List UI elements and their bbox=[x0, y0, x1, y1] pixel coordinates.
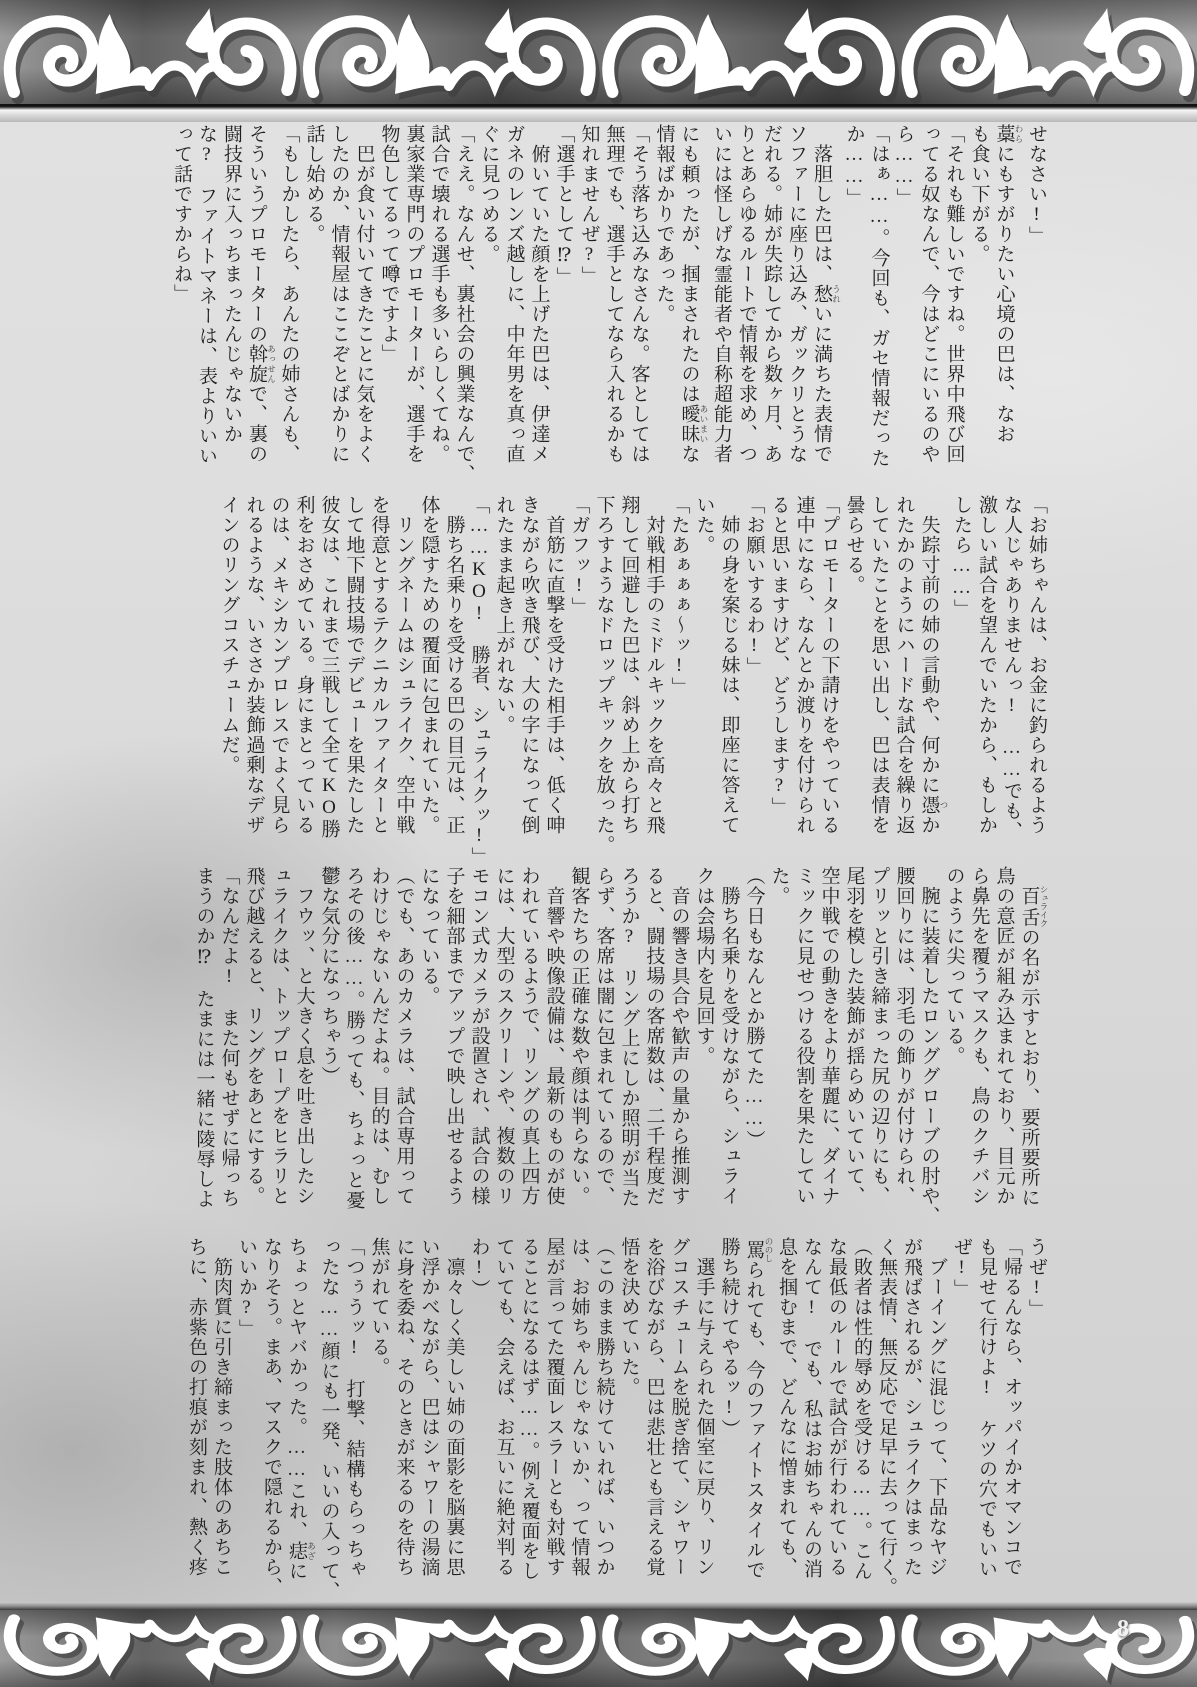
text-column: 激しい試合を望んでいたから、もしか bbox=[974, 495, 999, 857]
text-column: 「なんだよ! また何もせずに帰っち bbox=[217, 866, 242, 1228]
text-column: に身を委ね、そのときが来るのを待ち bbox=[392, 1237, 417, 1599]
text-column: したのか、情報屋はここぞとばかりに bbox=[327, 124, 352, 486]
text-column: 腕に装着したロンググローブの肘や、 bbox=[917, 866, 942, 1228]
text-column: 彼女は、これまで三戦して全てKO勝 bbox=[317, 495, 342, 857]
text-column: な? ファイトマネーは、表よりいい bbox=[194, 124, 219, 486]
text-column: には、大型のスクリーンや、複数のリ bbox=[492, 866, 517, 1228]
text-column: 連中になら、なんとか渡りを付けられ bbox=[792, 495, 817, 857]
text-column: いには怪しげな霊能者や自称超能力者 bbox=[709, 124, 734, 486]
ruby-annotated-text: 藁わら bbox=[994, 124, 1015, 144]
page-edge-gradient-top bbox=[0, 104, 1197, 122]
text-band-4: うぜ!」「帰るんなら、オッパイかオマンコでも見せて行けよ! ケツの穴でもいいぜ!… bbox=[128, 1237, 1049, 1599]
text-column: 子を細部までアップで映し出せるよう bbox=[442, 866, 467, 1228]
text-column: 筋肉質に引き締まった肢体のあちこ bbox=[209, 1237, 234, 1599]
text-band-3: 百舌シュライクの名が示すとおり、要所要所に鳥の意匠が組み込まれており、目元から鼻… bbox=[128, 866, 1049, 1228]
text-column: らず、客席は闇に包まれているので、 bbox=[592, 866, 617, 1228]
text-column: 落胆した巴は、愁うれいに満ちた表情で bbox=[809, 124, 842, 486]
text-column: 知れませんぜ?」 bbox=[577, 124, 602, 486]
text-column: ガネのレンズ越しに、中年男を真っ直 bbox=[502, 124, 527, 486]
text-column: 焦がれている。 bbox=[367, 1237, 392, 1599]
text-column: 屋が言ってた覆面レスラーとも対戦す bbox=[542, 1237, 567, 1599]
ruby-annotated-text: 斡旋あっせん bbox=[246, 344, 267, 384]
decorative-border-top bbox=[0, 0, 1197, 104]
text-column: が飛ばされるが、シュライクはまった bbox=[899, 1237, 924, 1599]
text-column: 裏家業専門のプロモーターが、選手を bbox=[402, 124, 427, 486]
text-column: 鬱な気分になっちゃう） bbox=[317, 866, 342, 1228]
text-column: 「もしかしたら、あんたの姉さんも、 bbox=[277, 124, 302, 486]
text-column: を得意とするテクニカルファイターと bbox=[367, 495, 392, 857]
text-column: フウッ、と大きく息を吐き出したシ bbox=[292, 866, 317, 1228]
text-column: を浴びながら、巴は悲壮とも言える覚 bbox=[642, 1237, 667, 1599]
text-column: ミックに見せつける役割を果たしてい bbox=[792, 866, 817, 1228]
text-column: 闘技界に入っちまったんじゃないか bbox=[219, 124, 244, 486]
text-column: って話ですからね」 bbox=[169, 124, 194, 486]
decorative-border-bottom: 8 bbox=[0, 1610, 1197, 1687]
page-number: 8 bbox=[1117, 1616, 1129, 1643]
text-column: （今日もなんとか勝てた……） bbox=[742, 866, 767, 1228]
text-column: ちに、赤紫色の打痕が刻まれ、熱く疼 bbox=[184, 1237, 209, 1599]
text-column: まうのか⁉ たまには一緒に陵辱しよ bbox=[192, 866, 217, 1228]
text-column: ブーイングに混じって、下品なヤジ bbox=[924, 1237, 949, 1599]
text-column: 翔して回避した巴は、斜め上から打ち bbox=[617, 495, 642, 857]
ruby-annotated-text: 曖昧あいまい bbox=[679, 404, 700, 444]
text-column: 失踪寸前の姉の言動や、何かに憑つか bbox=[917, 495, 950, 857]
text-column: （敗者は性的辱めを受ける……。こん bbox=[849, 1237, 874, 1599]
text-column: ちょっとヤバかった。……これ、痣あざに bbox=[284, 1237, 317, 1599]
text-column: 息を掴むまで、どんなに憎まれても、 bbox=[774, 1237, 799, 1599]
text-column: 鳥の意匠が組み込まれており、目元か bbox=[992, 866, 1017, 1228]
text-column: ろうか? リング上にしか照明が当た bbox=[617, 866, 642, 1228]
text-column: 勝ち名乗りを受ける巴の目元は、正 bbox=[442, 495, 467, 857]
text-column: 「それも難しいですね。世界中飛び回 bbox=[942, 124, 967, 486]
ruby-annotated-text: 痣あざ bbox=[286, 1541, 307, 1561]
text-column: 「はぁ……。今回も、ガセ情報だった bbox=[867, 124, 892, 486]
text-column: したら……」 bbox=[949, 495, 974, 857]
page-edge-gradient-bottom bbox=[0, 1602, 1197, 1610]
text-column: して地下闘技場でデビューを果たした bbox=[342, 495, 367, 857]
text-column: 空中戦での動きをより華麗に、ダイナ bbox=[817, 866, 842, 1228]
text-column: ていても、会えば、お互いに絶対判る bbox=[492, 1237, 517, 1599]
ruby-annotated-text: 百舌シュライク bbox=[1019, 886, 1040, 927]
text-column: インのリングコスチュームだ。 bbox=[217, 495, 242, 857]
text-column: 体を隠すための覆面に包まれていた。 bbox=[417, 495, 442, 857]
text-column: リングネームはシュライク、空中戦 bbox=[392, 495, 417, 857]
text-column: も食い下がる。 bbox=[967, 124, 992, 486]
text-column: 「選手として⁉」 bbox=[552, 124, 577, 486]
text-column: 勝ち名乗りを受けながら、シュライ bbox=[717, 866, 742, 1228]
text-band-1: せなさい!」藁わらにもすがりたい心境の巴は、なおも食い下がる。「それも難しいです… bbox=[128, 124, 1049, 486]
text-column: 尾羽を模した装飾が揺らめいていて、 bbox=[842, 866, 867, 1228]
text-column: 試合で壊れる選手も多いらしくてね。 bbox=[427, 124, 452, 486]
text-column: い浮かべながら、巴はシャワーの湯滴 bbox=[417, 1237, 442, 1599]
text-column: ってる奴なんで、今はどこにいるのや bbox=[917, 124, 942, 486]
book-page: せなさい!」藁わらにもすがりたい心境の巴は、なおも食い下がる。「それも難しいです… bbox=[0, 0, 1197, 1687]
text-column: だれる。姉が失踪してから数ヶ月、あ bbox=[759, 124, 784, 486]
page-text-area: せなさい!」藁わらにもすがりたい心境の巴は、なおも食い下がる。「それも難しいです… bbox=[128, 124, 1049, 1599]
text-column: か……」 bbox=[842, 124, 867, 486]
text-column: ら鼻先を覆うマスクも、鳥のクチバシ bbox=[967, 866, 992, 1228]
text-column: になっている。 bbox=[417, 866, 442, 1228]
text-column: ると、闘技場の客席数は、二千程度だ bbox=[642, 866, 667, 1228]
text-column: のように尖っている。 bbox=[942, 866, 967, 1228]
text-column: のは、メキシカンプロレスでよく見ら bbox=[267, 495, 292, 857]
text-column: （このまま勝ち続けていれば、いつか bbox=[592, 1237, 617, 1599]
text-column: ろその後……。勝っても、ちょっと憂 bbox=[342, 866, 367, 1228]
text-column: 「ガフッ!」 bbox=[567, 495, 592, 857]
text-column: 「ええ。なんせ、裏社会の興業なんで、 bbox=[452, 124, 477, 486]
text-column: 選手に与えられた個室に戻り、リン bbox=[692, 1237, 717, 1599]
text-column: なりそう。まあ、マスクで隠れるから、 bbox=[259, 1237, 284, 1599]
text-column: 無理でも、選手としてなら入れるかも bbox=[602, 124, 627, 486]
text-column: にも頼ったが、掴まされたのは曖昧あいまいな bbox=[677, 124, 710, 486]
text-column: は、お姉ちゃんじゃないか、って情報 bbox=[567, 1237, 592, 1599]
text-column: 音響や映像設備は、最新のものが使 bbox=[542, 866, 567, 1228]
text-column: 下ろすようなドロップキックを放った。 bbox=[592, 495, 617, 857]
text-column: モコン式カメラが設置され、試合の様 bbox=[467, 866, 492, 1228]
text-column: 俯いていた顔を上げた巴は、伊達メ bbox=[527, 124, 552, 486]
text-column: 対戦相手のミドルキックを高々と飛 bbox=[642, 495, 667, 857]
text-column: 藁わらにもすがりたい心境の巴は、なお bbox=[992, 124, 1025, 486]
text-column: 姉の身を案じる妹は、即座に答えて bbox=[717, 495, 742, 857]
text-column: 利をおさめている。身にまとっている bbox=[292, 495, 317, 857]
text-column: ソファーに座り込み、ガックリとうな bbox=[784, 124, 809, 486]
text-column: 「つぅうッ! 打撃、結構もらっちゃ bbox=[342, 1237, 367, 1599]
text-column: クは会場内を見回す。 bbox=[692, 866, 717, 1228]
text-column: （でも、あのカメラは、試合専用って bbox=[392, 866, 417, 1228]
text-column: ると思いますけど、どうします?」 bbox=[767, 495, 792, 857]
text-column: せなさい!」 bbox=[1024, 124, 1049, 486]
text-column: も見せて行けよ! ケツの穴でもいい bbox=[974, 1237, 999, 1599]
text-column: ュライクは、トップロープをヒラリと bbox=[267, 866, 292, 1228]
text-column: れたまま起き上がれない。 bbox=[492, 495, 517, 857]
text-column: 凛々しく美しい姉の面影を脳裏に思 bbox=[442, 1237, 467, 1599]
text-column: ることになるはず……。例え覆面をし bbox=[517, 1237, 542, 1599]
text-column: 勝ち続けてやるッ!） bbox=[717, 1237, 742, 1599]
text-column: うぜ!」 bbox=[1024, 1237, 1049, 1599]
text-column: いた。 bbox=[692, 495, 717, 857]
text-column: いいか?」 bbox=[234, 1237, 259, 1599]
text-column: 観客たちの正確な数や顔は判らない。 bbox=[567, 866, 592, 1228]
text-column: れたかのようにハードな試合を繰り返 bbox=[892, 495, 917, 857]
ruby-annotated-text: 憑つ bbox=[919, 795, 940, 815]
text-column: 「そう落ち込みなさんな。客としては bbox=[627, 124, 652, 486]
text-column: な最低のルールで試合が行われている bbox=[824, 1237, 849, 1599]
text-column: りとあらゆるルートで情報を求め、つ bbox=[734, 124, 759, 486]
text-column: 百舌シュライクの名が示すとおり、要所要所に bbox=[1017, 866, 1050, 1228]
text-column: た。 bbox=[767, 866, 792, 1228]
text-column: 悟を決めていた。 bbox=[617, 1237, 642, 1599]
text-column: わけじゃないんだよね。目的は、むし bbox=[367, 866, 392, 1228]
text-column: 「帰るんなら、オッパイかオマンコで bbox=[999, 1237, 1024, 1599]
text-column: 情報ばかりであった。 bbox=[652, 124, 677, 486]
text-column: 腰回りには、羽毛の飾りが付けられ、 bbox=[892, 866, 917, 1228]
text-column: そういうプロモーターの斡旋あっせんで、裏の bbox=[244, 124, 277, 486]
text-column: ぐに見つめる。 bbox=[477, 124, 502, 486]
text-column: 「お願いするわ!」 bbox=[742, 495, 767, 857]
text-column: 罵ののしられても、今のファイトスタイルで bbox=[742, 1237, 775, 1599]
text-column: ぜ!」 bbox=[949, 1237, 974, 1599]
text-column: 「プロモーターの下請けをやっている bbox=[817, 495, 842, 857]
text-column: 「お姉ちゃんは、お金に釣られるよう bbox=[1024, 495, 1049, 857]
text-column: なんて! でも、私はお姉ちゃんの消 bbox=[799, 1237, 824, 1599]
text-column: な人じゃありませんっ! ……でも、 bbox=[999, 495, 1024, 857]
text-column: きながら吹き飛び、大の字になって倒 bbox=[517, 495, 542, 857]
text-column: 物色してるって噂ですよ」 bbox=[377, 124, 402, 486]
ruby-annotated-text: 愁うれ bbox=[811, 284, 832, 304]
text-column: 「たあぁぁぁ〜ッ!」 bbox=[667, 495, 692, 857]
text-column: ったな……顔にも一発、いいの入って、 bbox=[317, 1237, 342, 1599]
text-column: れるような、いささか装飾過剰なデザ bbox=[242, 495, 267, 857]
text-column: 首筋に直撃を受けた相手は、低く呻 bbox=[542, 495, 567, 857]
text-column: 飛び越えると、リングをあとにする。 bbox=[242, 866, 267, 1228]
text-column: 曇らせる。 bbox=[842, 495, 867, 857]
text-column: していたことを思い出し、巴は表情を bbox=[867, 495, 892, 857]
tribal-ornament-graphic-bottom bbox=[0, 1610, 1197, 1687]
text-column: 巴が食い付いてきたことに気をよく bbox=[352, 124, 377, 486]
tribal-ornament-graphic-top bbox=[0, 0, 1197, 104]
text-column: プリッと引き締まった尻の辺りにも、 bbox=[867, 866, 892, 1228]
text-column: グコスチュームを脱ぎ捨て、シャワー bbox=[667, 1237, 692, 1599]
text-column: 音の響き具合や歓声の量から推測す bbox=[667, 866, 692, 1228]
text-column: く無表情、無反応で足早に去って行く。 bbox=[874, 1237, 899, 1599]
text-column: ら……」 bbox=[892, 124, 917, 486]
text-column: われているようで、リングの真上四方 bbox=[517, 866, 542, 1228]
text-band-2: 「お姉ちゃんは、お金に釣られるような人じゃありませんっ! ……でも、激しい試合を… bbox=[128, 495, 1049, 857]
text-column: わ!） bbox=[467, 1237, 492, 1599]
text-column: 「……KO! 勝者、シュライクッ!」 bbox=[467, 495, 492, 857]
ruby-annotated-text: 罵ののし bbox=[744, 1237, 765, 1260]
text-column: 話し始める。 bbox=[302, 124, 327, 486]
